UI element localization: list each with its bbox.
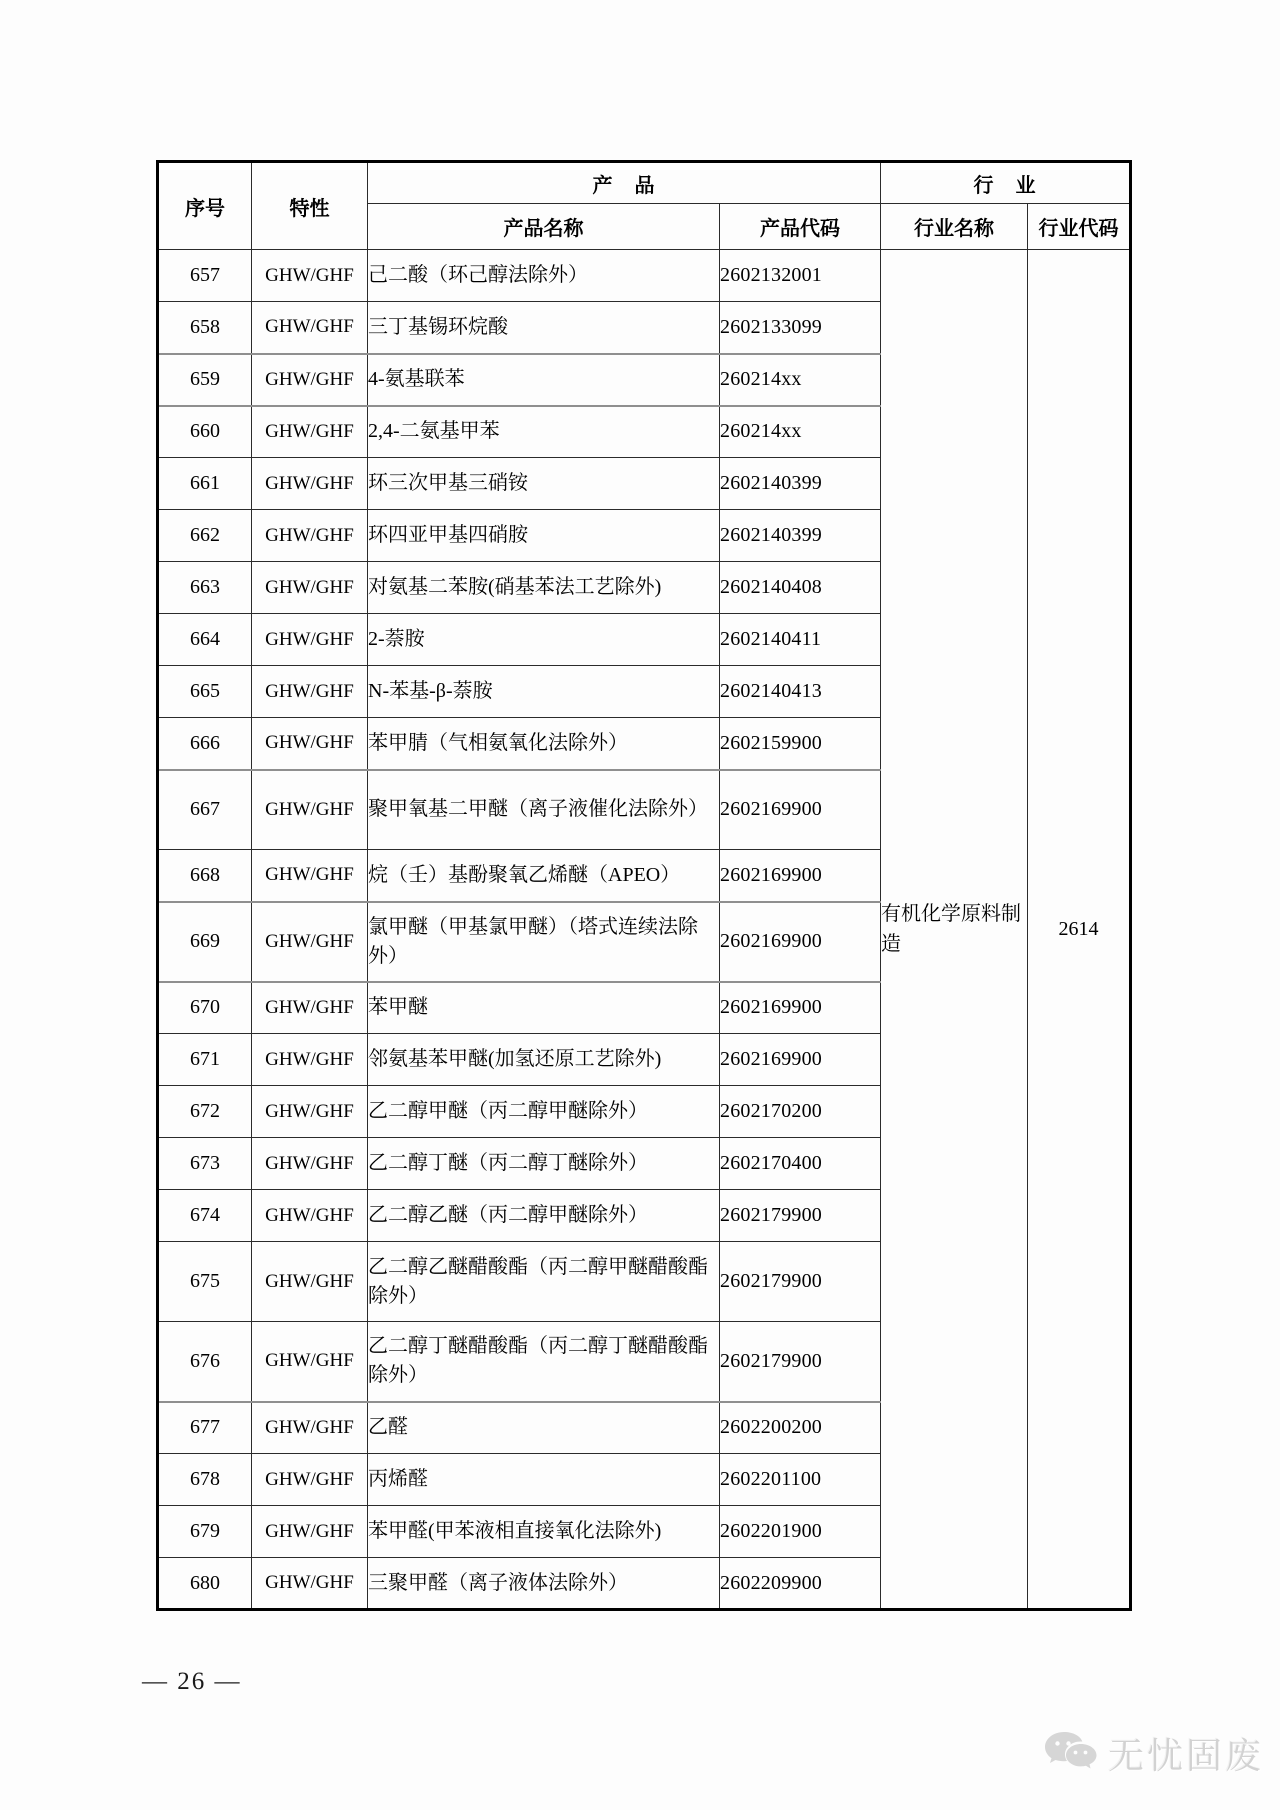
trait-cell: GHW/GHF — [252, 902, 368, 982]
product-name-cell: 三丁基锡环烷酸 — [368, 302, 720, 354]
watermark: 无忧固废 — [1044, 1728, 1264, 1779]
trait-cell: GHW/GHF — [252, 718, 368, 770]
product-code-cell: 2602159900 — [720, 718, 881, 770]
product-code-cell: 2602133099 — [720, 302, 881, 354]
product-code-cell: 2602140399 — [720, 458, 881, 510]
trait-cell: GHW/GHF — [252, 1086, 368, 1138]
product-name-cell: 乙二醇丁醚（丙二醇丁醚除外） — [368, 1138, 720, 1190]
product-name-cell: N-苯基-β-萘胺 — [368, 666, 720, 718]
product-code-cell: 2602169900 — [720, 1034, 881, 1086]
product-name-cell: 苯甲醚 — [368, 982, 720, 1034]
product-name-cell: 4-氨基联苯 — [368, 354, 720, 406]
trait-cell: GHW/GHF — [252, 250, 368, 302]
page-number: — 26 — — [142, 1668, 242, 1696]
product-code-cell: 2602169900 — [720, 850, 881, 902]
product-code-cell: 260214xx — [720, 354, 881, 406]
product-code-cell: 2602170400 — [720, 1138, 881, 1190]
serial-cell: 659 — [158, 354, 252, 406]
product-code-cell: 2602209900 — [720, 1558, 881, 1610]
trait-cell: GHW/GHF — [252, 1138, 368, 1190]
serial-cell: 677 — [158, 1402, 252, 1454]
product-name-cell: 烷（壬）基酚聚氧乙烯醚（APEO） — [368, 850, 720, 902]
product-code-cell: 2602170200 — [720, 1086, 881, 1138]
product-name-cell: 2,4-二氨基甲苯 — [368, 406, 720, 458]
product-code-cell: 2602169900 — [720, 902, 881, 982]
header-industry-group: 行 业 — [881, 162, 1131, 204]
serial-cell: 661 — [158, 458, 252, 510]
serial-cell: 667 — [158, 770, 252, 850]
header-trait: 特性 — [252, 162, 368, 250]
watermark-text: 无忧固废 — [1108, 1728, 1264, 1779]
serial-cell: 660 — [158, 406, 252, 458]
serial-cell: 671 — [158, 1034, 252, 1086]
product-name-cell: 环三次甲基三硝铵 — [368, 458, 720, 510]
product-code-cell: 2602200200 — [720, 1402, 881, 1454]
trait-cell: GHW/GHF — [252, 1454, 368, 1506]
product-name-cell: 乙二醇甲醚（丙二醇甲醚除外） — [368, 1086, 720, 1138]
header-product-name: 产品名称 — [368, 204, 720, 250]
product-code-cell: 2602132001 — [720, 250, 881, 302]
trait-cell: GHW/GHF — [252, 406, 368, 458]
product-code-cell: 2602179900 — [720, 1242, 881, 1322]
serial-cell: 666 — [158, 718, 252, 770]
trait-cell: GHW/GHF — [252, 354, 368, 406]
serial-cell: 679 — [158, 1506, 252, 1558]
product-code-cell: 2602140413 — [720, 666, 881, 718]
product-code-cell: 2602179900 — [720, 1322, 881, 1402]
product-code-cell: 2602140408 — [720, 562, 881, 614]
serial-cell: 664 — [158, 614, 252, 666]
serial-cell: 663 — [158, 562, 252, 614]
trait-cell: GHW/GHF — [252, 850, 368, 902]
table-row: 657 GHW/GHF 己二酸（环己醇法除外） 2602132001 有机化学原… — [158, 250, 1131, 302]
product-code-cell: 2602169900 — [720, 770, 881, 850]
serial-cell: 673 — [158, 1138, 252, 1190]
serial-cell: 674 — [158, 1190, 252, 1242]
product-name-cell: 聚甲氧基二甲醚（离子液催化法除外） — [368, 770, 720, 850]
trait-cell: GHW/GHF — [252, 770, 368, 850]
trait-cell: GHW/GHF — [252, 1506, 368, 1558]
product-name-cell: 邻氨基苯甲醚(加氢还原工艺除外) — [368, 1034, 720, 1086]
industry-code-cell: 2614 — [1028, 250, 1131, 1610]
product-name-cell: 丙烯醛 — [368, 1454, 720, 1506]
serial-cell: 672 — [158, 1086, 252, 1138]
trait-cell: GHW/GHF — [252, 982, 368, 1034]
header-row-groups: 序号 特性 产 品 行 业 — [158, 162, 1131, 204]
product-name-cell: 苯甲醛(甲苯液相直接氧化法除外) — [368, 1506, 720, 1558]
serial-cell: 657 — [158, 250, 252, 302]
trait-cell: GHW/GHF — [252, 1034, 368, 1086]
trait-cell: GHW/GHF — [252, 1322, 368, 1402]
product-name-cell: 己二酸（环己醇法除外） — [368, 250, 720, 302]
product-code-cell: 2602201900 — [720, 1506, 881, 1558]
product-name-cell: 三聚甲醛（离子液体法除外） — [368, 1558, 720, 1610]
serial-cell: 669 — [158, 902, 252, 982]
serial-cell: 676 — [158, 1322, 252, 1402]
product-name-cell: 乙二醇乙醚（丙二醇甲醚除外） — [368, 1190, 720, 1242]
trait-cell: GHW/GHF — [252, 1190, 368, 1242]
trait-cell: GHW/GHF — [252, 302, 368, 354]
hazardous-product-table-wrap: 序号 特性 产 品 行 业 产品名称 产品代码 行业名称 行业代码 657 GH… — [156, 160, 1129, 1611]
header-product-group: 产 品 — [368, 162, 881, 204]
serial-cell: 680 — [158, 1558, 252, 1610]
serial-cell: 668 — [158, 850, 252, 902]
product-name-cell: 2-萘胺 — [368, 614, 720, 666]
trait-cell: GHW/GHF — [252, 666, 368, 718]
header-industry-code: 行业代码 — [1028, 204, 1131, 250]
product-code-cell: 2602179900 — [720, 1190, 881, 1242]
product-name-cell: 环四亚甲基四硝胺 — [368, 510, 720, 562]
serial-cell: 665 — [158, 666, 252, 718]
trait-cell: GHW/GHF — [252, 458, 368, 510]
product-code-cell: 2602169900 — [720, 982, 881, 1034]
header-product-code: 产品代码 — [720, 204, 881, 250]
product-name-cell: 苯甲腈（气相氨氧化法除外） — [368, 718, 720, 770]
trait-cell: GHW/GHF — [252, 1558, 368, 1610]
serial-cell: 670 — [158, 982, 252, 1034]
serial-cell: 662 — [158, 510, 252, 562]
trait-cell: GHW/GHF — [252, 562, 368, 614]
product-code-cell: 2602140411 — [720, 614, 881, 666]
product-name-cell: 乙二醇乙醚醋酸酯（丙二醇甲醚醋酸酯除外） — [368, 1242, 720, 1322]
trait-cell: GHW/GHF — [252, 1402, 368, 1454]
hazardous-product-table: 序号 特性 产 品 行 业 产品名称 产品代码 行业名称 行业代码 657 GH… — [156, 160, 1132, 1611]
trait-cell: GHW/GHF — [252, 614, 368, 666]
product-name-cell: 氯甲醚（甲基氯甲醚）（塔式连续法除外） — [368, 902, 720, 982]
page: { "page": { "number_label": "— 26 —", "w… — [0, 0, 1280, 1810]
industry-name-cell: 有机化学原料制造 — [881, 250, 1028, 1610]
header-industry-name: 行业名称 — [881, 204, 1028, 250]
trait-cell: GHW/GHF — [252, 1242, 368, 1322]
trait-cell: GHW/GHF — [252, 510, 368, 562]
header-serial: 序号 — [158, 162, 252, 250]
product-name-cell: 对氨基二苯胺(硝基苯法工艺除外) — [368, 562, 720, 614]
product-code-cell: 260214xx — [720, 406, 881, 458]
wechat-icon — [1044, 1730, 1102, 1778]
product-code-cell: 2602140399 — [720, 510, 881, 562]
product-name-cell: 乙二醇丁醚醋酸酯（丙二醇丁醚醋酸酯除外） — [368, 1322, 720, 1402]
product-name-cell: 乙醛 — [368, 1402, 720, 1454]
serial-cell: 675 — [158, 1242, 252, 1322]
product-code-cell: 2602201100 — [720, 1454, 881, 1506]
serial-cell: 678 — [158, 1454, 252, 1506]
serial-cell: 658 — [158, 302, 252, 354]
